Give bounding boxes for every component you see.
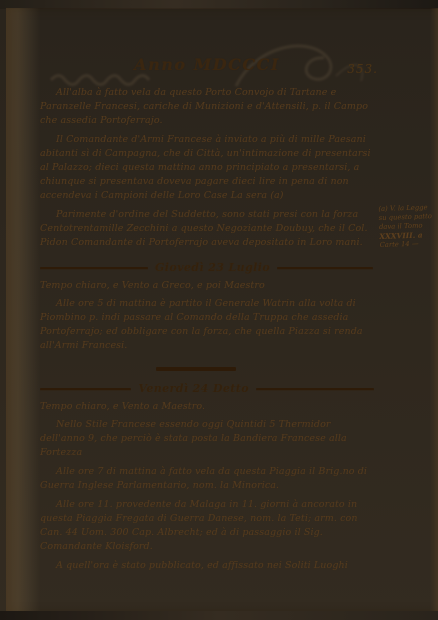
year-title: Anno MDCCCI bbox=[134, 58, 280, 72]
weather-note: Tempo chiaro, e Vento a Greco, e poi Mae… bbox=[40, 279, 374, 293]
heading-rule-right bbox=[277, 267, 373, 269]
heading-rule-right bbox=[256, 388, 374, 390]
page-number: 353. bbox=[347, 62, 378, 76]
entry-paragraph: Parimente d'ordine del Suddetto, sono st… bbox=[40, 208, 374, 250]
margin-note: (a) V. la Legge su questo patto dava il … bbox=[378, 203, 438, 250]
manuscript-page: Anno MDCCCI 353. All'alba à fatto vela d… bbox=[6, 8, 438, 613]
entry-paragraph: Il Comandante d'Armi Francese à inviato … bbox=[40, 133, 374, 203]
page-gutter-shadow bbox=[6, 8, 40, 613]
page-header: Anno MDCCCI 353. bbox=[40, 58, 374, 84]
heading-rule-left bbox=[40, 267, 148, 269]
entry-date-label: Venerdì 24 Detto bbox=[138, 382, 249, 396]
book-binding-bottom bbox=[0, 611, 438, 620]
journal-entry-24-detto: Venerdì 24 Detto Tempo chiaro, e Vento a… bbox=[40, 367, 374, 573]
journal-entry-continuation: All'alba à fatto vela da questo Porto Co… bbox=[40, 86, 374, 250]
journal-entry-23-luglio: Giovedì 23 Luglio Tempo chiaro, e Vento … bbox=[40, 261, 374, 353]
entry-date-label: Giovedì 23 Luglio bbox=[155, 261, 270, 275]
heading-rule-left bbox=[40, 388, 131, 390]
manuscript-text-column: Anno MDCCCI 353. All'alba à fatto vela d… bbox=[40, 58, 374, 578]
entry-paragraph: A quell'ora è stato pubblicato, ed affis… bbox=[40, 559, 374, 573]
entry-date-heading: Giovedì 23 Luglio bbox=[40, 261, 374, 275]
entry-paragraph: Nello Stile Francese essendo oggi Quinti… bbox=[40, 418, 374, 460]
page-right-edge-shade bbox=[430, 8, 438, 613]
pre-heading-rule bbox=[156, 367, 236, 371]
manuscript-book: Anno MDCCCI 353. All'alba à fatto vela d… bbox=[0, 0, 438, 620]
entry-paragraph: All'alba à fatto vela da questo Porto Co… bbox=[40, 86, 374, 128]
weather-note: Tempo chiaro, e Vento a Maestro. bbox=[40, 400, 374, 414]
entry-paragraph: Alle ore 11. provedente da Malaga in 11.… bbox=[40, 498, 374, 554]
entry-paragraph: Alle ore 5 di mattina è partito il Gener… bbox=[40, 297, 374, 353]
entry-paragraph: Alle ore 7 di mattina à fatto vela da qu… bbox=[40, 465, 374, 493]
entry-date-heading: Venerdì 24 Detto bbox=[40, 382, 374, 396]
